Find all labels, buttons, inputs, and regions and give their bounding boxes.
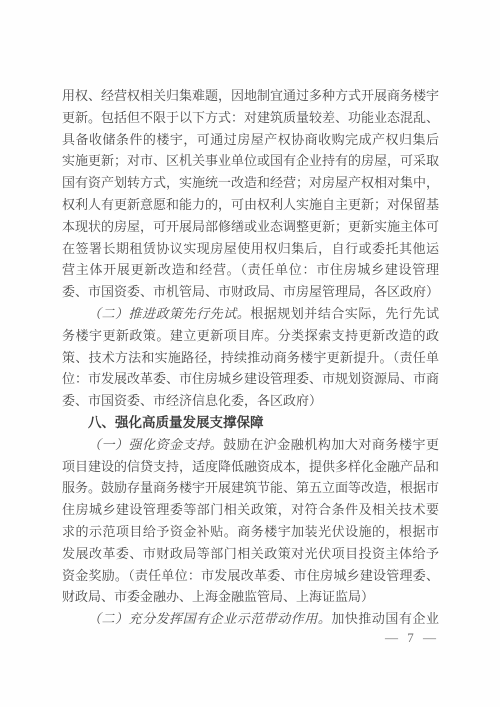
text-line: 委、市国资委、市机管局、市财政局、市房屋管理局，各区政府） [62,281,439,303]
body-text: 具备收储条件的楼宇，可通过房屋产权协商收购完成产权归集后 [62,132,439,147]
text-line: 在签署长期租赁协议实现房屋使用权归集后，自行或委托其他运 [62,238,439,260]
body-text: 位：市发展改革委、市住房城乡建设管理委、市规划资源局、市商务 [62,371,439,390]
body-text: 资金奖励。（责任单位：市发展改革委、市住房城乡建设管理委、市 [62,568,439,587]
text-line: 发展改革委、市财政局等部门相关政策对光伏项目投资主体给予 [62,543,439,565]
body-text: 在签署长期租赁协议实现房屋使用权归集后，自行或委托其他运 [62,241,439,256]
body-text: 策、技术方法和实施路径，持续推动商务楼宇更新提升。（责任单 [62,350,439,365]
body-text: 实施更新；对市、区机关事业单位或国有企业持有的房屋，可采取 [62,153,439,168]
text-line: （一）强化资金支持。鼓励在沪金融机构加大对商务楼宇更新 [62,434,439,456]
text-line: 务楼宇更新政策。建立更新项目库。分类探索支持更新改造的政 [62,325,439,347]
text-line: 国有资产划转方式，实施统一改造和经营；对房屋产权相对集中， [62,172,439,194]
body-text: 委、市国资委、市经济信息化委，各区政府） [62,393,322,408]
text-line: 求的示范项目给予资金补贴。商务楼宇加装光伏设施的，根据市 [62,521,439,543]
text-line: 服务。鼓励存量商务楼宇开展建筑节能、第五立面等改造，根据市 [62,477,439,499]
text-line: 财政局、市委金融办、上海金融监管局、上海证监局） [62,586,439,608]
leadin-text: （一）强化资金支持。 [88,437,223,452]
body-text: 项目建设的信贷支持，适度降低融资成本，提供多样化金融产品和 [62,459,439,474]
text-line: 营主体开展更新改造和经营。（责任单位：市住房城乡建设管理 [62,259,439,281]
body-text: 财政局、市委金融办、上海金融监管局、上海证监局） [62,589,374,604]
page-number: — 7 — [385,630,439,646]
text-line: 本现状的房屋，可开展局部修缮或业态调整更新；更新实施主体可 [62,216,439,238]
body-text: 用权、经营权相关归集难题，因地制宜通过多种方式开展商务楼宇 [62,88,439,103]
text-line: 项目建设的信贷支持，适度降低融资成本，提供多样化金融产品和 [62,456,439,478]
text-line: 权利人有更新意愿和能力的，可由权利人实施自主更新；对保留基 [62,194,439,216]
body-text: 住房城乡建设管理委等部门相关政策，对符合条件及相关技术要 [62,502,439,517]
leadin-text: （二）充分发挥国有企业示范带动作用。 [88,611,331,626]
text-line: 住房城乡建设管理委等部门相关政策，对符合条件及相关技术要 [62,499,439,521]
text-line: 具备收储条件的楼宇，可通过房屋产权协商收购完成产权归集后 [62,129,439,151]
text-line: 位：市发展改革委、市住房城乡建设管理委、市规划资源局、市商务 [62,368,439,390]
leadin-text: （二）推进政策先行先试。 [88,306,250,321]
text-line: 委、市国资委、市经济信息化委，各区政府） [62,390,439,412]
body-text: 求的示范项目给予资金补贴。商务楼宇加装光伏设施的，根据市 [62,524,439,539]
section-heading: 八、强化高质量发展支撑保障 [62,412,439,434]
text-line: 资金奖励。（责任单位：市发展改革委、市住房城乡建设管理委、市 [62,565,439,587]
document-page: 用权、经营权相关归集难题，因地制宜通过多种方式开展商务楼宇更新。包括但不限于以下… [0,0,500,707]
body-text: 权利人有更新意愿和能力的，可由权利人实施自主更新；对保留基 [62,197,439,212]
body-text: 务楼宇更新政策。建立更新项目库。分类探索支持更新改造的政 [62,328,439,343]
body-text: 营主体开展更新改造和经营。（责任单位：市住房城乡建设管理 [62,262,439,277]
text-line: 用权、经营权相关归集难题，因地制宜通过多种方式开展商务楼宇 [62,85,439,107]
body-text: 本现状的房屋，可开展局部修缮或业态调整更新；更新实施主体可 [62,219,439,234]
text-line: 策、技术方法和实施路径，持续推动商务楼宇更新提升。（责任单 [62,347,439,369]
body-text: 八、强化高质量发展支撑保障 [88,415,264,430]
body-text: 服务。鼓励存量商务楼宇开展建筑节能、第五立面等改造，根据市 [62,480,439,495]
text-line: （二）充分发挥国有企业示范带动作用。加快推动国有企业持 [62,608,439,630]
body-text: 国有资产划转方式，实施统一改造和经营；对房屋产权相对集中， [62,175,439,190]
text-line: 实施更新；对市、区机关事业单位或国有企业持有的房屋，可采取 [62,150,439,172]
text-line: 更新。包括但不限于以下方式：对建筑质量较差、功能业态混乱、 [62,107,439,129]
text-line: （二）推进政策先行先试。根据规划并结合实际，先行先试商 [62,303,439,325]
document-lines: 用权、经营权相关归集难题，因地制宜通过多种方式开展商务楼宇更新。包括但不限于以下… [62,85,439,630]
body-text: 发展改革委、市财政局等部门相关政策对光伏项目投资主体给予 [62,546,439,561]
body-text: 更新。包括但不限于以下方式：对建筑质量较差、功能业态混乱、 [62,110,439,125]
body-text: 委、市国资委、市机管局、市财政局、市房屋管理局，各区政府） [62,284,439,299]
